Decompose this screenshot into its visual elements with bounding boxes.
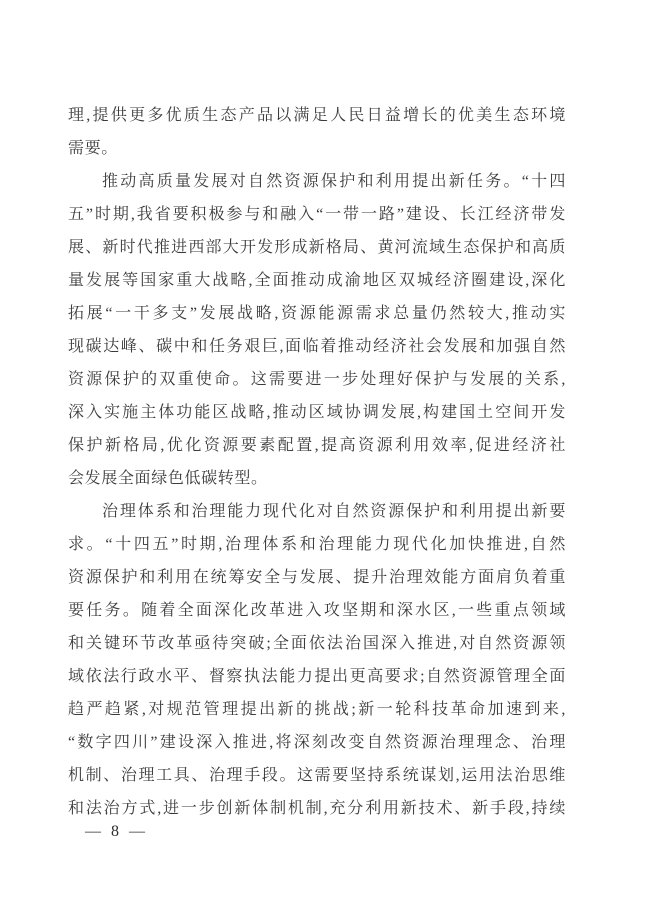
text-line: 保护新格局,优化资源要素配置,提高资源利用效率,促进经济社 [68, 429, 566, 462]
text-line: 和关键环节改革亟待突破;全面依法治国深入推进,对自然资源领 [68, 627, 566, 660]
page-number: — 8 — [85, 823, 148, 840]
text-line: 求。“十四五”时期,治理体系和治理能力现代化加快推进,自然 [68, 528, 566, 561]
text-line: 机制、治理工具、治理手段。这需要坚持系统谋划,运用法治思维 [68, 759, 566, 792]
text-line: 域依法行政水平、督察执法能力提出更高要求;自然资源管理全面 [68, 660, 566, 693]
document-body: 理,提供更多优质生态产品以满足人民日益增长的优美生态环境 需要。 推动高质量发展… [68, 99, 566, 825]
text-line: “数字四川”建设深入推进,将深刻改变自然资源治理理念、治理 [68, 726, 566, 759]
text-line: 需要。 [68, 132, 566, 165]
text-line: 深入实施主体功能区战略,推动区域协调发展,构建国土空间开发 [68, 396, 566, 429]
text-line: 资源保护的双重使命。这需要进一步处理好保护与发展的关系, [68, 363, 566, 396]
text-line: 资源保护和利用在统筹安全与发展、提升治理效能方面肩负着重 [68, 561, 566, 594]
text-line: 展、新时代推进西部大开发形成新格局、黄河流域生态保护和高质 [68, 231, 566, 264]
text-line: 量发展等国家重大战略,全面推动成渝地区双城经济圈建设,深化 [68, 264, 566, 297]
text-line: 推动高质量发展对自然资源保护和利用提出新任务。“十四 [68, 165, 566, 198]
text-line: 现碳达峰、碳中和任务艰巨,面临着推动经济社会发展和加强自然 [68, 330, 566, 363]
text-line: 治理体系和治理能力现代化对自然资源保护和利用提出新要 [68, 495, 566, 528]
text-line: 趋严趋紧,对规范管理提出新的挑战;新一轮科技革命加速到来, [68, 693, 566, 726]
text-line: 理,提供更多优质生态产品以满足人民日益增长的优美生态环境 [68, 99, 566, 132]
text-line: 拓展“一干多支”发展战略,资源能源需求总量仍然较大,推动实 [68, 297, 566, 330]
text-line: 五”时期,我省要积极参与和融入“一带一路”建设、长江经济带发 [68, 198, 566, 231]
page-footer: — 8 — [85, 820, 148, 844]
text-line: 会发展全面绿色低碳转型。 [68, 462, 566, 495]
document-page: 理,提供更多优质生态产品以满足人民日益增长的优美生态环境 需要。 推动高质量发展… [0, 0, 650, 919]
text-line: 要任务。随着全面深化改革进入攻坚期和深水区,一些重点领域 [68, 594, 566, 627]
